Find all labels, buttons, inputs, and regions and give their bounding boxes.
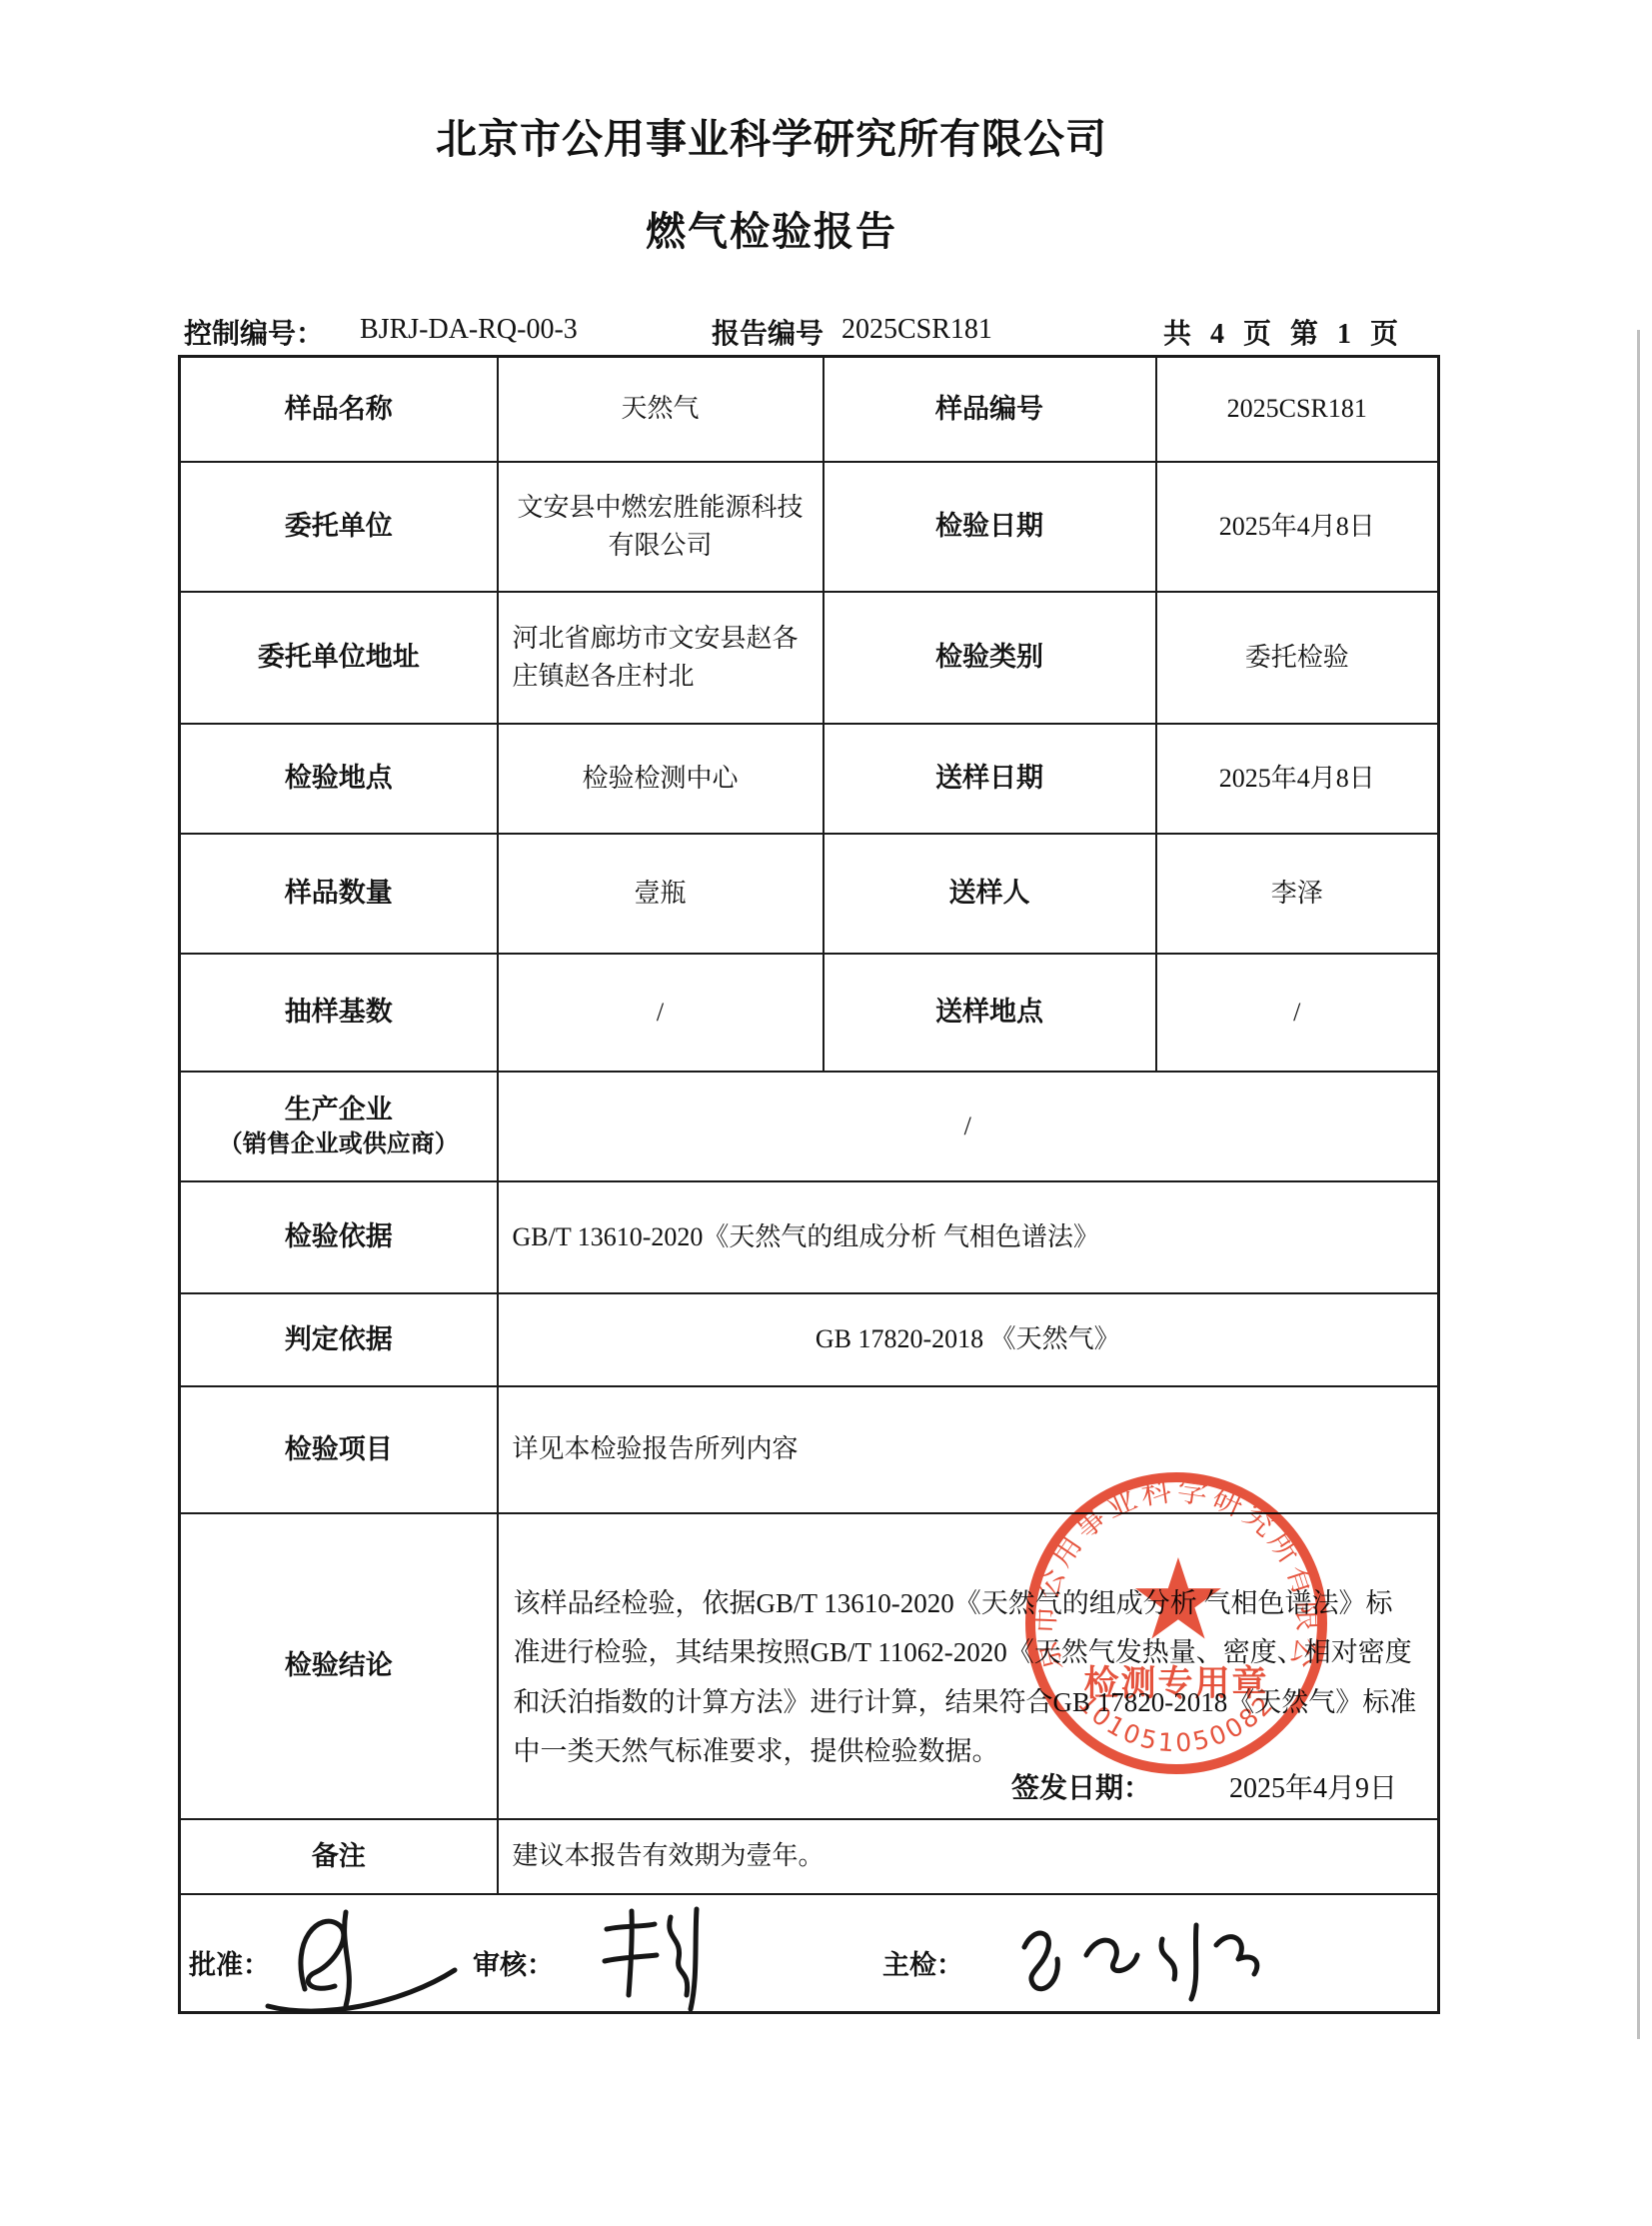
delivery-place-label: 送样地点: [824, 954, 1156, 1072]
judgment-basis-label: 判定依据: [180, 1293, 498, 1386]
review-label: 审核：: [473, 1943, 554, 1982]
table-row: 检验地点 检验检测中心 送样日期 2025年4月8日: [180, 724, 1439, 834]
inspection-date-label: 检验日期: [824, 462, 1156, 592]
stamp-center-text: 检测专用章: [1083, 1663, 1268, 1704]
table-row: 委托单位地址 河北省廊坊市文安县赵各 庄镇赵各庄村北 检验类别 委托检验: [180, 592, 1439, 724]
official-stamp: 北京市公用事业科学研究所有限公司 ★ 检测专用章 11010510500821: [1015, 1462, 1337, 1784]
inspection-type-value: 委托检验: [1156, 592, 1439, 724]
table-row: 样品名称 天然气 样品编号 2025CSR181: [180, 357, 1439, 462]
delivery-date-label: 送样日期: [824, 724, 1156, 834]
delivery-place-value: /: [1156, 954, 1439, 1072]
inspection-type-label: 检验类别: [824, 592, 1156, 724]
client-address-label: 委托单位地址: [180, 592, 498, 724]
company-title: 北京市公用事业科学研究所有限公司: [142, 106, 1401, 165]
table-row: 样品数量 壹瓶 送样人 李泽: [180, 834, 1439, 954]
inspection-basis-value: GB/T 13610-2020《天然气的组成分析 气相色谱法》: [498, 1181, 1439, 1293]
report-meta-line: 控制编号： BJRJ-DA-RQ-00-3 报告编号 2025CSR181 共 …: [178, 312, 1437, 354]
page-count: 共 4 页 第 1 页: [1163, 312, 1404, 352]
inspection-date-value: 2025年4月8日: [1156, 462, 1439, 592]
inspection-place-label: 检验地点: [180, 724, 498, 834]
judgment-basis-value: GB 17820-2018 《天然气》: [498, 1293, 1439, 1386]
sample-sender-value: 李泽: [1156, 834, 1439, 954]
producer-label-line1: 生产企业: [285, 1095, 393, 1124]
table-row: 委托单位 文安县中燃宏胜能源科技 有限公司 检验日期 2025年4月8日: [180, 462, 1439, 592]
client-label: 委托单位: [180, 462, 498, 592]
inspect-label: 主检：: [882, 1943, 963, 1982]
sample-sender-label: 送样人: [824, 834, 1156, 954]
remark-value: 建议本报告有效期为壹年。: [498, 1819, 1439, 1894]
inspection-basis-label: 检验依据: [180, 1181, 498, 1293]
table-row: 生产企业 （销售企业或供应商） /: [180, 1072, 1439, 1181]
producer-label-line2: （销售企业或供应商）: [182, 1128, 496, 1160]
control-number-value: BJRJ-DA-RQ-00-3: [360, 314, 578, 346]
sampling-base-value: /: [498, 954, 824, 1072]
inspection-place-value: 检验检测中心: [498, 724, 824, 834]
table-row: 判定依据 GB 17820-2018 《天然气》: [180, 1293, 1439, 1386]
producer-value: /: [498, 1072, 1439, 1181]
inspection-items-label: 检验项目: [180, 1386, 498, 1513]
reviewer-signature: [585, 1897, 730, 2022]
inspector-signature: [1004, 1899, 1284, 2014]
control-number-label: 控制编号：: [184, 312, 324, 352]
sampling-base-label: 抽样基数: [180, 954, 498, 1072]
approver-signature: [250, 1894, 480, 2029]
delivery-date-value: 2025年4月8日: [1156, 724, 1439, 834]
report-number-value: 2025CSR181: [841, 314, 992, 346]
sample-quantity-label: 样品数量: [180, 834, 498, 954]
sample-quantity-value: 壹瓶: [498, 834, 824, 954]
report-number-label: 报告编号: [712, 312, 824, 352]
client-value: 文安县中燃宏胜能源科技 有限公司: [498, 462, 824, 592]
table-row: 抽样基数 / 送样地点 /: [180, 954, 1439, 1072]
sample-name-value: 天然气: [498, 357, 824, 462]
stamp-star-icon: ★: [1128, 1535, 1228, 1665]
client-address-value: 河北省廊坊市文安县赵各 庄镇赵各庄村北: [498, 592, 824, 724]
table-row: 检验依据 GB/T 13610-2020《天然气的组成分析 气相色谱法》: [180, 1181, 1439, 1293]
sample-no-value: 2025CSR181: [1156, 357, 1439, 462]
conclusion-label: 检验结论: [180, 1513, 498, 1819]
remark-label: 备注: [180, 1819, 498, 1894]
scanned-report-page: 北京市公用事业科学研究所有限公司 燃气检验报告 控制编号： BJRJ-DA-RQ…: [0, 0, 1652, 2226]
sample-name-label: 样品名称: [180, 357, 498, 462]
scan-edge-artifact: [1637, 330, 1640, 2039]
table-row: 备注 建议本报告有效期为壹年。: [180, 1819, 1439, 1894]
producer-label: 生产企业 （销售企业或供应商）: [180, 1072, 498, 1181]
report-title: 燃气检验报告: [142, 200, 1401, 257]
sample-no-label: 样品编号: [824, 357, 1156, 462]
